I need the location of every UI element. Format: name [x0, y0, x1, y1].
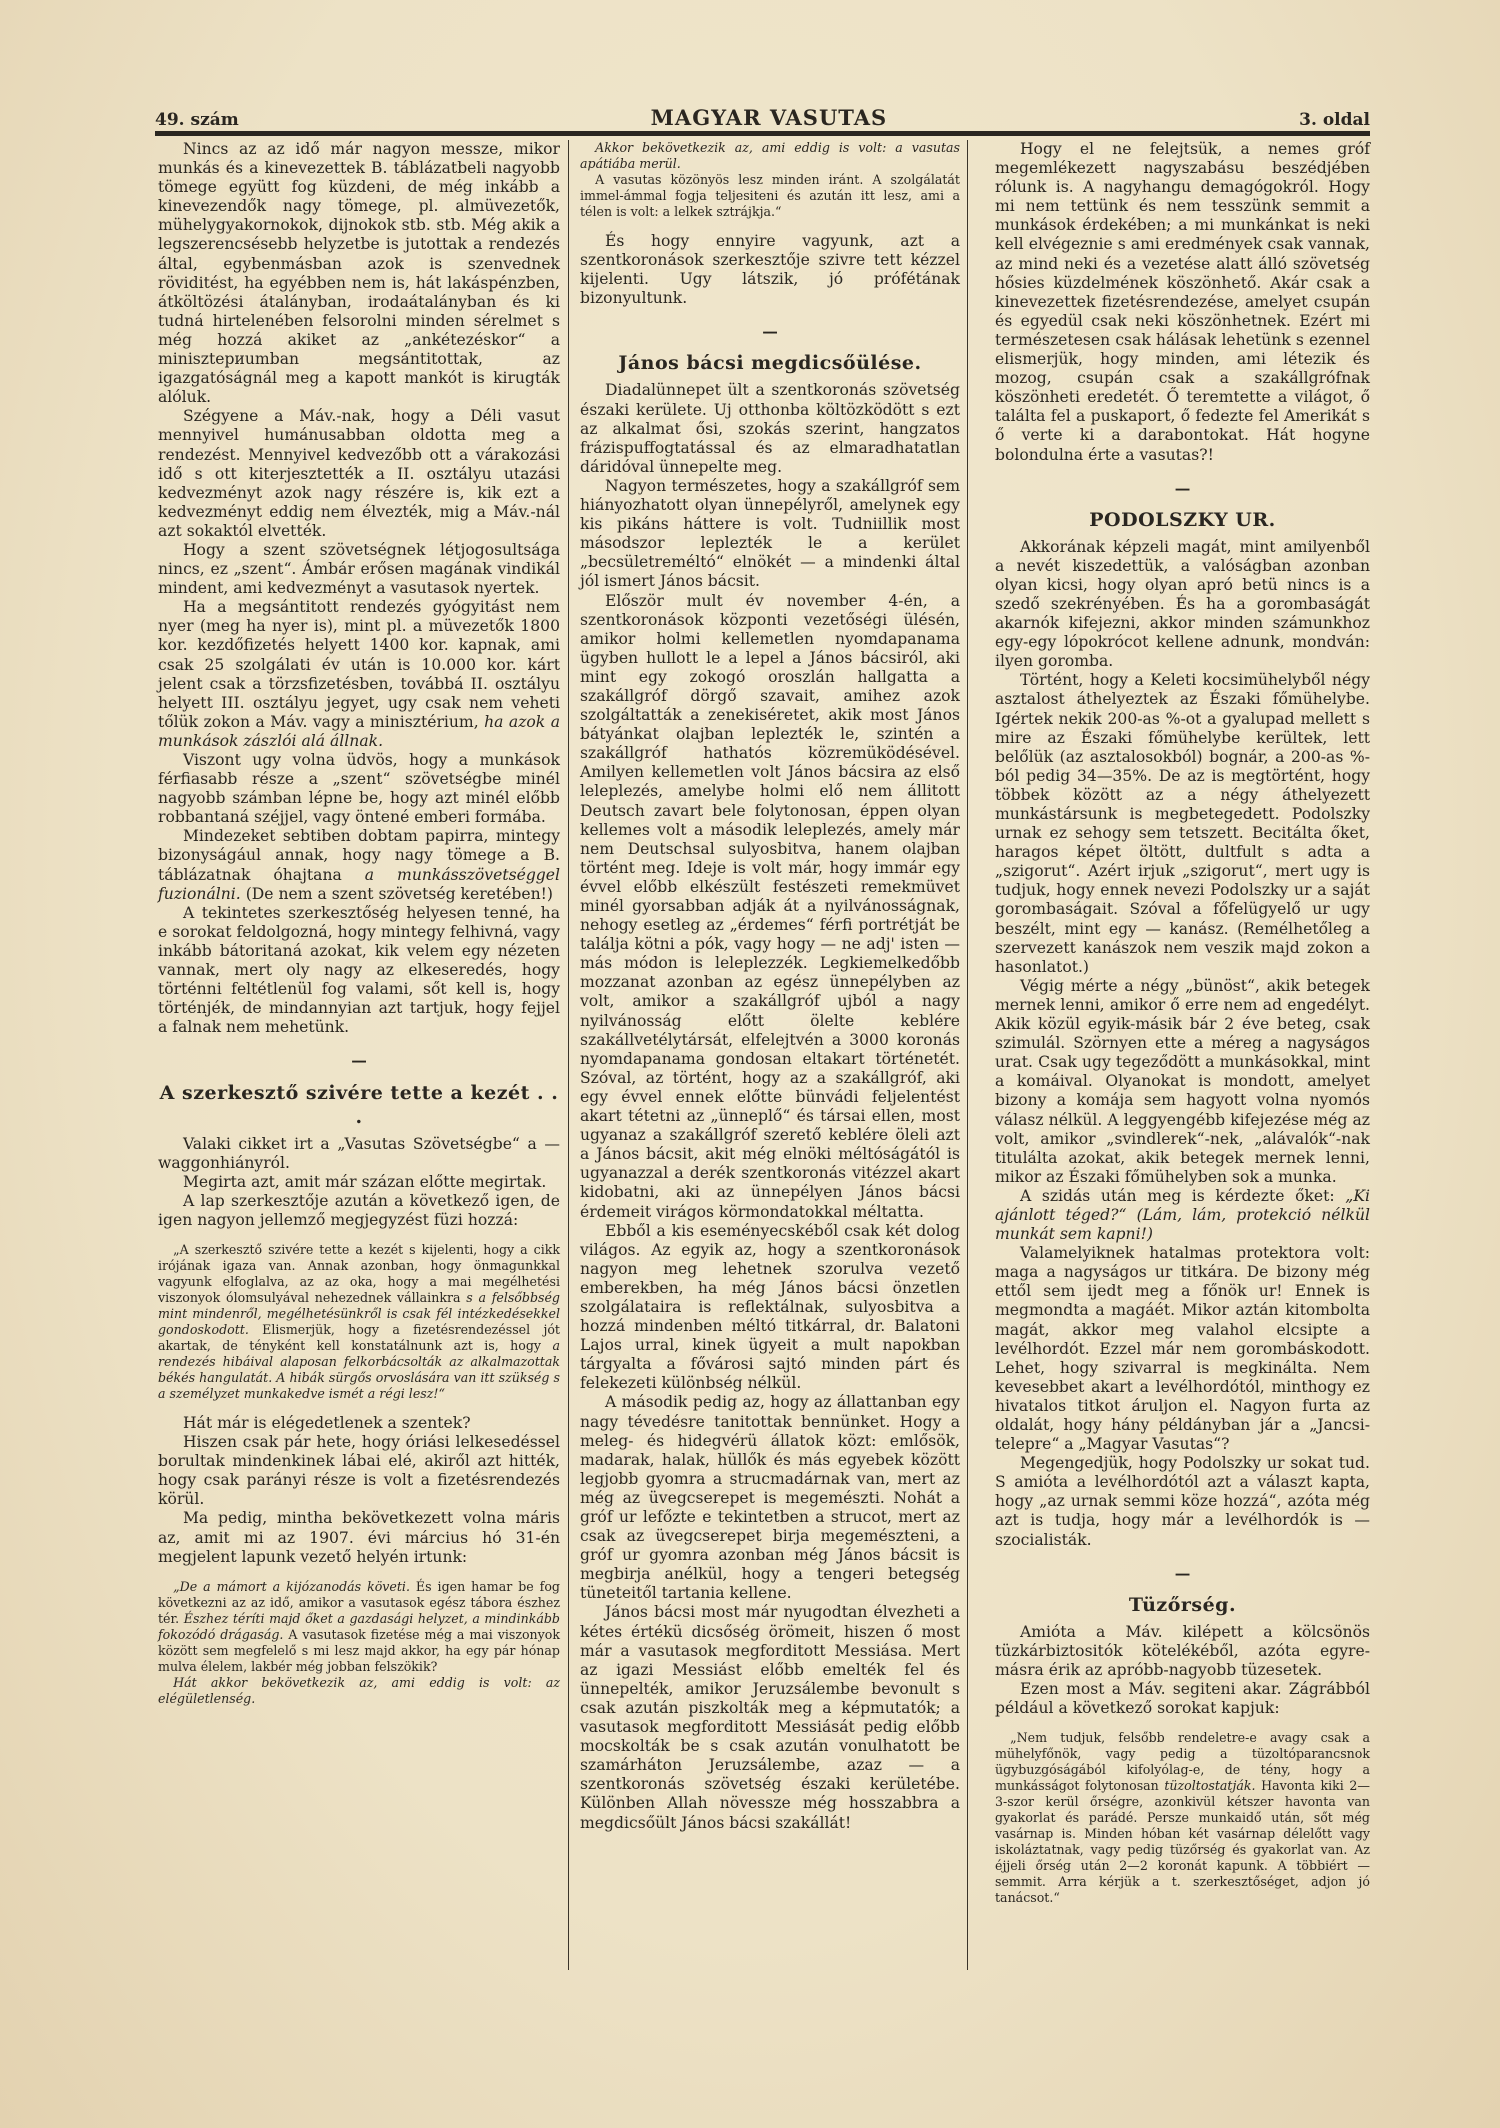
paragraph: János bácsi most már nyugodtan élvezheti…: [580, 1603, 960, 1832]
column-divider: [967, 140, 968, 1970]
column-middle: Akkor bekövetkezik az, ami eddig is volt…: [580, 140, 960, 1833]
article-heading: A szerkesztő szivére tette a kezét . . .: [158, 1081, 560, 1129]
paragraph: Megengedjük, hogy Podolszky ur sokat tud…: [995, 1454, 1370, 1549]
paragraph: Akkorának képzeli magát, mint amilyenből…: [995, 538, 1370, 672]
section-separator: —: [580, 322, 960, 341]
paragraph: A tekintetes szerkesztőség helyesen tenn…: [158, 904, 560, 1038]
masthead-title: MAGYAR VASUTAS: [651, 105, 888, 130]
section-separator: —: [158, 1051, 560, 1070]
article-heading: PODOLSZKY UR.: [995, 508, 1370, 532]
paragraph: Nagyon természetes, hogy a szakállgróf s…: [580, 477, 960, 592]
page-header: 49. szám MAGYAR VASUTAS 3. oldal: [155, 100, 1370, 130]
paragraph: Ezen most a Máv. segiteni akar. Zágrábbó…: [995, 1680, 1370, 1718]
paragraph: Viszont ugy volna üdvös, hogy a munkások…: [158, 751, 560, 827]
paragraph: Valaki cikket irt a „Vasutas Szövetségbe…: [158, 1135, 560, 1173]
paragraph: Hiszen csak pár hete, hogy óriási lelkes…: [158, 1433, 560, 1509]
paragraph: Mindezeket sebtiben dobtam papirra, mint…: [158, 827, 560, 903]
paragraph: Szégyene a Máv.-nak, hogy a Déli vasut m…: [158, 407, 560, 541]
paragraph: A lap szerkesztője azután a következő ig…: [158, 1192, 560, 1230]
paragraph: A második pedig az, hogy az állattanban …: [580, 1393, 960, 1603]
block-quote: Akkor bekövetkezik az, ami eddig is volt…: [580, 140, 960, 220]
header-rule: [155, 131, 1370, 136]
paragraph: Végig mérte a négy „bünöst“, akik betege…: [995, 977, 1370, 1187]
paragraph: A szidás után meg is kérdezte őket: „Ki …: [995, 1187, 1370, 1244]
newspaper-page: 49. szám MAGYAR VASUTAS 3. oldal Nincs a…: [0, 0, 1500, 2128]
paragraph: Diadalünnepet ült a szentkoronás szövets…: [580, 381, 960, 476]
column-divider: [568, 140, 569, 1970]
section-separator: —: [995, 479, 1370, 498]
paragraph: Ha a megsántitott rendezés gyógyitást ne…: [158, 598, 560, 751]
issue-number: 49. szám: [155, 110, 239, 130]
column-right: Hogy el ne felejtsük, a nemes gróf megem…: [995, 140, 1370, 1906]
paragraph: Hogy a szent szövetségnek létjogosultság…: [158, 541, 560, 598]
column-left: Nincs az az idő már nagyon messze, mikor…: [158, 140, 560, 1707]
paragraph: Ebből a kis eseményecskéből csak két dol…: [580, 1222, 960, 1394]
paragraph: Hogy el ne felejtsük, a nemes gróf megem…: [995, 140, 1370, 465]
paragraph: Nincs az az idő már nagyon messze, mikor…: [158, 140, 560, 407]
block-quote: „Nem tudjuk, felsőbb rendeletre-e avagy …: [995, 1730, 1370, 1906]
section-separator: —: [995, 1564, 1370, 1583]
paragraph: Valamelyiknek hatalmas protektora volt: …: [995, 1244, 1370, 1454]
paragraph: Amióta a Máv. kilépett a kölcsönös tüzká…: [995, 1623, 1370, 1680]
paragraph: És hogy ennyire vagyunk, azt a szentkoro…: [580, 232, 960, 308]
paragraph: Történt, hogy a Keleti kocsimühelyből né…: [995, 671, 1370, 977]
page-number: 3. oldal: [1299, 110, 1370, 130]
paragraph: Hát már is elégedetlenek a szentek?: [158, 1414, 560, 1433]
paragraph: Megirta azt, amit már százan előtte megi…: [158, 1173, 560, 1192]
paragraph: Először mult év november 4-én, a szentko…: [580, 592, 960, 1222]
block-quote: „De a mámort a kijózanodás követi. És ig…: [158, 1579, 560, 1707]
block-quote: „A szerkesztő szivére tette a kezét s ki…: [158, 1242, 560, 1402]
article-heading: Tüzőrség.: [995, 1593, 1370, 1617]
article-heading: János bácsi megdicsőülése.: [580, 351, 960, 375]
paragraph: Ma pedig, mintha bekövetkezett volna már…: [158, 1509, 560, 1566]
